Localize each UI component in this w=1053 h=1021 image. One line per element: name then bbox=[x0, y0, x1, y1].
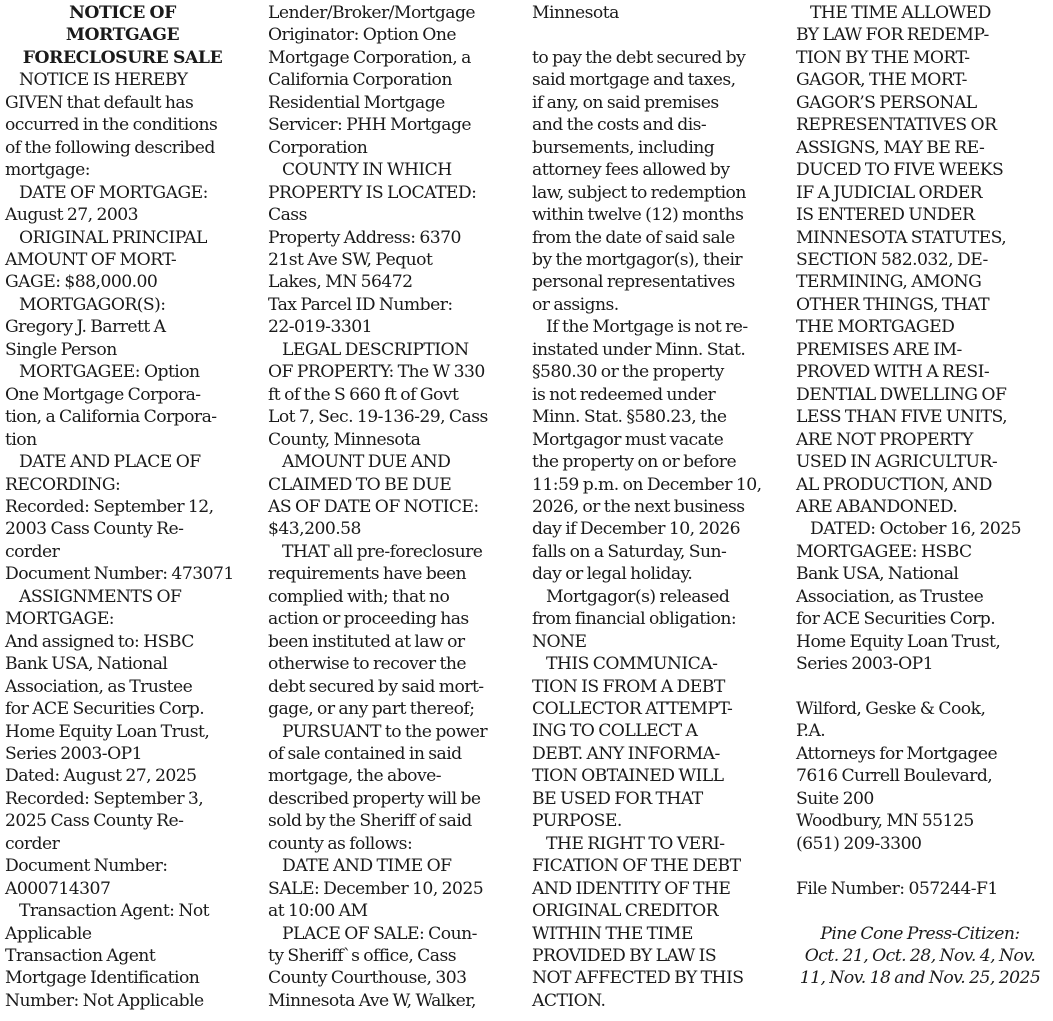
notice-text-line: described property will be bbox=[268, 788, 530, 810]
notice-text-line: ty Sheriff`s office, Cass bbox=[268, 945, 530, 967]
notice-text-line: GAGOR’S PERSONAL bbox=[796, 92, 1053, 114]
notice-text-line: law, subject to redemption bbox=[532, 182, 794, 204]
notice-text-line: DATE AND TIME OF bbox=[268, 855, 530, 877]
notice-text-line: Residential Mortgage bbox=[268, 92, 530, 114]
notice-text-line: GAGOR, THE MORT- bbox=[796, 69, 1053, 91]
notice-text-line: debt secured by said mort- bbox=[268, 676, 530, 698]
spacer bbox=[532, 24, 794, 46]
notice-text-line: DUCED TO FIVE WEEKS bbox=[796, 159, 1053, 181]
notice-text-line: ACTION. bbox=[532, 990, 794, 1012]
notice-text-line: NOT AFFECTED BY THIS bbox=[532, 967, 794, 989]
notice-text-line: county as follows: bbox=[268, 833, 530, 855]
notice-text-line: TION IS FROM A DEBT bbox=[532, 676, 794, 698]
notice-text-line: NONE bbox=[532, 631, 794, 653]
spacer bbox=[796, 855, 1053, 877]
notice-text-line: ING TO COLLECT A bbox=[532, 720, 794, 742]
notice-column-1: NOTICE OF MORTGAGE FORECLOSURE SALE NOTI… bbox=[5, 2, 267, 1012]
notice-text-line: DATED: October 16, 2025 bbox=[796, 518, 1053, 540]
notice-text-line: County Courthouse, 303 bbox=[268, 967, 530, 989]
notice-text-line: $43,200.58 bbox=[268, 518, 530, 540]
notice-text-line: Document Number: bbox=[5, 855, 267, 877]
notice-text-line: Lot 7, Sec. 19-136-29, Cass bbox=[268, 406, 530, 428]
publication-info-line: Oct. 21, Oct. 28, Nov. 4, Nov. bbox=[796, 945, 1044, 967]
notice-text-line: for ACE Securities Corp. bbox=[5, 698, 267, 720]
notice-text-line: Document Number: 473071 bbox=[5, 563, 267, 585]
notice-text-line: Tax Parcel ID Number: bbox=[268, 294, 530, 316]
notice-text-line: Mortgagor must vacate bbox=[532, 429, 794, 451]
notice-text-line: Cass bbox=[268, 204, 530, 226]
notice-text-line: Recorded: September 12, bbox=[5, 496, 267, 518]
notice-text-line: is not redeemed under bbox=[532, 384, 794, 406]
notice-text-line: DATE OF MORTGAGE: bbox=[5, 182, 267, 204]
notice-text-line: AND IDENTITY OF THE bbox=[532, 878, 794, 900]
notice-text-line: corder bbox=[5, 833, 267, 855]
notice-text-line: corder bbox=[5, 541, 267, 563]
notice-text-line: the property on or before bbox=[532, 451, 794, 473]
notice-text-line: at 10:00 AM bbox=[268, 900, 530, 922]
notice-text-line: BE USED FOR THAT bbox=[532, 788, 794, 810]
notice-text-line: REPRESENTATIVES OR bbox=[796, 114, 1053, 136]
notice-text-line: Home Equity Loan Trust, bbox=[796, 631, 1053, 653]
notice-text-line: DATE AND PLACE OF bbox=[5, 451, 267, 473]
notice-text-line: 11:59 p.m. on December 10, bbox=[532, 474, 794, 496]
notice-text-line: PREMISES ARE IM- bbox=[796, 339, 1053, 361]
publication-info-line: 11, Nov. 18 and Nov. 25, 2025 bbox=[796, 967, 1044, 989]
notice-text-line: Lakes, MN 56472 bbox=[268, 271, 530, 293]
notice-text-line: said mortgage and taxes, bbox=[532, 69, 794, 91]
notice-title-line: MORTGAGE bbox=[5, 24, 240, 46]
notice-text-line: IF A JUDICIAL ORDER bbox=[796, 182, 1053, 204]
notice-text-line: THE RIGHT TO VERI- bbox=[532, 833, 794, 855]
notice-text-line: COLLECTOR ATTEMPT- bbox=[532, 698, 794, 720]
notice-text-line: attorney fees allowed by bbox=[532, 159, 794, 181]
notice-text-line: WITHIN THE TIME bbox=[532, 923, 794, 945]
notice-column-3: Minnesotato pay the debt secured bysaid … bbox=[532, 2, 794, 1012]
notice-text-line: California Corporation bbox=[268, 69, 530, 91]
notice-text-line: ASSIGNS, MAY BE RE- bbox=[796, 137, 1053, 159]
notice-text-line: MORTGAGEE: HSBC bbox=[796, 541, 1053, 563]
notice-text-line: falls on a Saturday, Sun- bbox=[532, 541, 794, 563]
notice-text-line: sold by the Sheriff of said bbox=[268, 810, 530, 832]
notice-text-line: AL PRODUCTION, AND bbox=[796, 474, 1053, 496]
notice-text-line: AMOUNT DUE AND bbox=[268, 451, 530, 473]
notice-text-line: Minnesota Ave W, Walker, bbox=[268, 990, 530, 1012]
notice-text-line: And assigned to: HSBC bbox=[5, 631, 267, 653]
notice-text-line: PROPERTY IS LOCATED: bbox=[268, 182, 530, 204]
notice-text-line: 21st Ave SW, Pequot bbox=[268, 249, 530, 271]
notice-text-line: complied with; that no bbox=[268, 586, 530, 608]
notice-text-line: A000714307 bbox=[5, 878, 267, 900]
notice-text-line: 2025 Cass County Re- bbox=[5, 810, 267, 832]
notice-text-line: occurred in the conditions bbox=[5, 114, 267, 136]
notice-text-line: P.A. bbox=[796, 720, 1053, 742]
notice-text-line: §580.30 or the property bbox=[532, 361, 794, 383]
notice-text-line: personal representatives bbox=[532, 271, 794, 293]
notice-text-line: instated under Minn. Stat. bbox=[532, 339, 794, 361]
notice-text-line: from financial obligation: bbox=[532, 608, 794, 630]
notice-text-line: Series 2003-OP1 bbox=[5, 743, 267, 765]
notice-text-line: BY LAW FOR REDEMP- bbox=[796, 24, 1053, 46]
notice-text-line: Attorneys for Mortgagee bbox=[796, 743, 1053, 765]
notice-text-line: SECTION 582.032, DE- bbox=[796, 249, 1053, 271]
notice-text-line: Lender/Broker/Mortgage bbox=[268, 2, 530, 24]
notice-text-line: tion, a California Corpora- bbox=[5, 406, 267, 428]
notice-text-line: AS OF DATE OF NOTICE: bbox=[268, 496, 530, 518]
notice-text-line: GIVEN that default has bbox=[5, 92, 267, 114]
notice-title-line: FORECLOSURE SALE bbox=[5, 47, 240, 69]
notice-text-line: within twelve (12) months bbox=[532, 204, 794, 226]
notice-text-line: TION OBTAINED WILL bbox=[532, 765, 794, 787]
notice-text-line: TERMINING, AMONG bbox=[796, 271, 1053, 293]
notice-text-line: ARE ABANDONED. bbox=[796, 496, 1053, 518]
notice-text-line: MORTGAGE: bbox=[5, 608, 267, 630]
notice-text-line: and the costs and dis- bbox=[532, 114, 794, 136]
notice-text-line: LEGAL DESCRIPTION bbox=[268, 339, 530, 361]
notice-text-line: Wilford, Geske & Cook, bbox=[796, 698, 1053, 720]
notice-text-line: MORTGAGOR(S): bbox=[5, 294, 267, 316]
notice-text-line: Recorded: September 3, bbox=[5, 788, 267, 810]
notice-text-line: to pay the debt secured by bbox=[532, 47, 794, 69]
spacer bbox=[796, 676, 1053, 698]
notice-text-line: USED IN AGRICULTUR- bbox=[796, 451, 1053, 473]
notice-text-line: Mortgagor(s) released bbox=[532, 586, 794, 608]
notice-text-line: Single Person bbox=[5, 339, 267, 361]
notice-text-line: OTHER THINGS, THAT bbox=[796, 294, 1053, 316]
notice-text-line: 2026, or the next business bbox=[532, 496, 794, 518]
notice-text-line: Mortgage Corporation, a bbox=[268, 47, 530, 69]
notice-text-line: If the Mortgage is not re- bbox=[532, 316, 794, 338]
notice-text-line: Applicable bbox=[5, 923, 267, 945]
notice-text-line: SALE: December 10, 2025 bbox=[268, 878, 530, 900]
notice-text-line: GAGE: $88,000.00 bbox=[5, 271, 267, 293]
notice-text-line: Association, as Trustee bbox=[796, 586, 1053, 608]
notice-text-line: day or legal holiday. bbox=[532, 563, 794, 585]
notice-text-line: OF PROPERTY: The W 330 bbox=[268, 361, 530, 383]
notice-text-line: day if December 10, 2026 bbox=[532, 518, 794, 540]
notice-text-line: Property Address: 6370 bbox=[268, 227, 530, 249]
notice-text-line: THE TIME ALLOWED bbox=[796, 2, 1053, 24]
notice-text-line: Corporation bbox=[268, 137, 530, 159]
notice-text-line: IS ENTERED UNDER bbox=[796, 204, 1053, 226]
notice-text-line: LESS THAN FIVE UNITS, bbox=[796, 406, 1053, 428]
notice-text-line: 2003 Cass County Re- bbox=[5, 518, 267, 540]
notice-text-line: August 27, 2003 bbox=[5, 204, 267, 226]
notice-text-line: Transaction Agent: Not bbox=[5, 900, 267, 922]
notice-text-line: Originator: Option One bbox=[268, 24, 530, 46]
notice-text-line: NOTICE IS HEREBY bbox=[5, 69, 267, 91]
notice-text-line: PROVIDED BY LAW IS bbox=[532, 945, 794, 967]
notice-text-line: PROVED WITH A RESI- bbox=[796, 361, 1053, 383]
notice-text-line: mortgage: bbox=[5, 159, 267, 181]
notice-text-line: bursements, including bbox=[532, 137, 794, 159]
notice-text-line: ORIGINAL CREDITOR bbox=[532, 900, 794, 922]
notice-text-line: of the following described bbox=[5, 137, 267, 159]
notice-text-line: otherwise to recover the bbox=[268, 653, 530, 675]
notice-text-line: File Number: 057244-F1 bbox=[796, 878, 1053, 900]
notice-text-line: One Mortgage Corpora- bbox=[5, 384, 267, 406]
notice-text-line: DENTIAL DWELLING OF bbox=[796, 384, 1053, 406]
notice-text-line: ft of the S 660 ft of Govt bbox=[268, 384, 530, 406]
notice-column-2: Lender/Broker/MortgageOriginator: Option… bbox=[268, 2, 530, 1012]
notice-text-line: requirements have been bbox=[268, 563, 530, 585]
notice-text-line: Mortgage Identification bbox=[5, 967, 267, 989]
notice-text-line: PURSUANT to the power bbox=[268, 721, 530, 743]
notice-text-line: Bank USA, National bbox=[5, 653, 267, 675]
notice-column-4: THE TIME ALLOWEDBY LAW FOR REDEMP-TION B… bbox=[796, 2, 1053, 990]
notice-text-line: CLAIMED TO BE DUE bbox=[268, 474, 530, 496]
notice-text-line: Suite 200 bbox=[796, 788, 1053, 810]
notice-text-line: THE MORTGAGED bbox=[796, 316, 1053, 338]
notice-text-line: MINNESOTA STATUTES, bbox=[796, 227, 1053, 249]
notice-text-line: Minnesota bbox=[532, 2, 794, 24]
notice-text-line: Gregory J. Barrett A bbox=[5, 316, 267, 338]
notice-text-line: action or proceeding has bbox=[268, 608, 530, 630]
notice-text-line: MORTGAGEE: Option bbox=[5, 361, 267, 383]
notice-text-line: tion bbox=[5, 429, 267, 451]
notice-text-line: AMOUNT OF MORT- bbox=[5, 249, 267, 271]
notice-text-line: for ACE Securities Corp. bbox=[796, 608, 1053, 630]
notice-text-line: if any, on said premises bbox=[532, 92, 794, 114]
notice-text-line: mortgage, the above- bbox=[268, 765, 530, 787]
notice-text-line: 22-019-3301 bbox=[268, 316, 530, 338]
notice-text-line: Association, as Trustee bbox=[5, 676, 267, 698]
notice-text-line: ORIGINAL PRINCIPAL bbox=[5, 227, 267, 249]
notice-text-line: TION BY THE MORT- bbox=[796, 47, 1053, 69]
notice-text-line: Transaction Agent bbox=[5, 945, 267, 967]
notice-text-line: County, Minnesota bbox=[268, 429, 530, 451]
notice-text-line: THAT all pre-foreclosure bbox=[268, 541, 530, 563]
notice-text-line: RECORDING: bbox=[5, 474, 267, 496]
notice-text-line: Number: Not Applicable bbox=[5, 990, 267, 1012]
notice-text-line: Bank USA, National bbox=[796, 563, 1053, 585]
notice-text-line: Home Equity Loan Trust, bbox=[5, 721, 267, 743]
notice-text-line: ARE NOT PROPERTY bbox=[796, 429, 1053, 451]
notice-text-line: or assigns. bbox=[532, 294, 794, 316]
notice-text-line: 7616 Currell Boulevard, bbox=[796, 765, 1053, 787]
notice-text-line: Woodbury, MN 55125 bbox=[796, 810, 1053, 832]
legal-notice-page: NOTICE OF MORTGAGE FORECLOSURE SALE NOTI… bbox=[0, 0, 1053, 1021]
publication-info-line: Pine Cone Press-Citizen: bbox=[796, 923, 1044, 945]
notice-text-line: Series 2003-OP1 bbox=[796, 653, 1053, 675]
notice-text-line: Dated: August 27, 2025 bbox=[5, 765, 267, 787]
notice-text-line: been instituted at law or bbox=[268, 631, 530, 653]
notice-text-line: Minn. Stat. §580.23, the bbox=[532, 406, 794, 428]
notice-text-line: by the mortgagor(s), their bbox=[532, 249, 794, 271]
notice-text-line: Servicer: PHH Mortgage bbox=[268, 114, 530, 136]
notice-text-line: (651) 209-3300 bbox=[796, 833, 1053, 855]
notice-text-line: of sale contained in said bbox=[268, 743, 530, 765]
notice-text-line: FICATION OF THE DEBT bbox=[532, 855, 794, 877]
notice-text-line: DEBT. ANY INFORMA- bbox=[532, 743, 794, 765]
notice-text-line: PLACE OF SALE: Coun- bbox=[268, 923, 530, 945]
spacer bbox=[796, 900, 1053, 922]
notice-text-line: from the date of said sale bbox=[532, 227, 794, 249]
notice-text-line: THIS COMMUNICA- bbox=[532, 653, 794, 675]
notice-text-line: ASSIGNMENTS OF bbox=[5, 586, 267, 608]
notice-text-line: gage, or any part thereof; bbox=[268, 698, 530, 720]
notice-text-line: PURPOSE. bbox=[532, 810, 794, 832]
notice-text-line: COUNTY IN WHICH bbox=[268, 159, 530, 181]
notice-title-line: NOTICE OF bbox=[5, 2, 240, 24]
